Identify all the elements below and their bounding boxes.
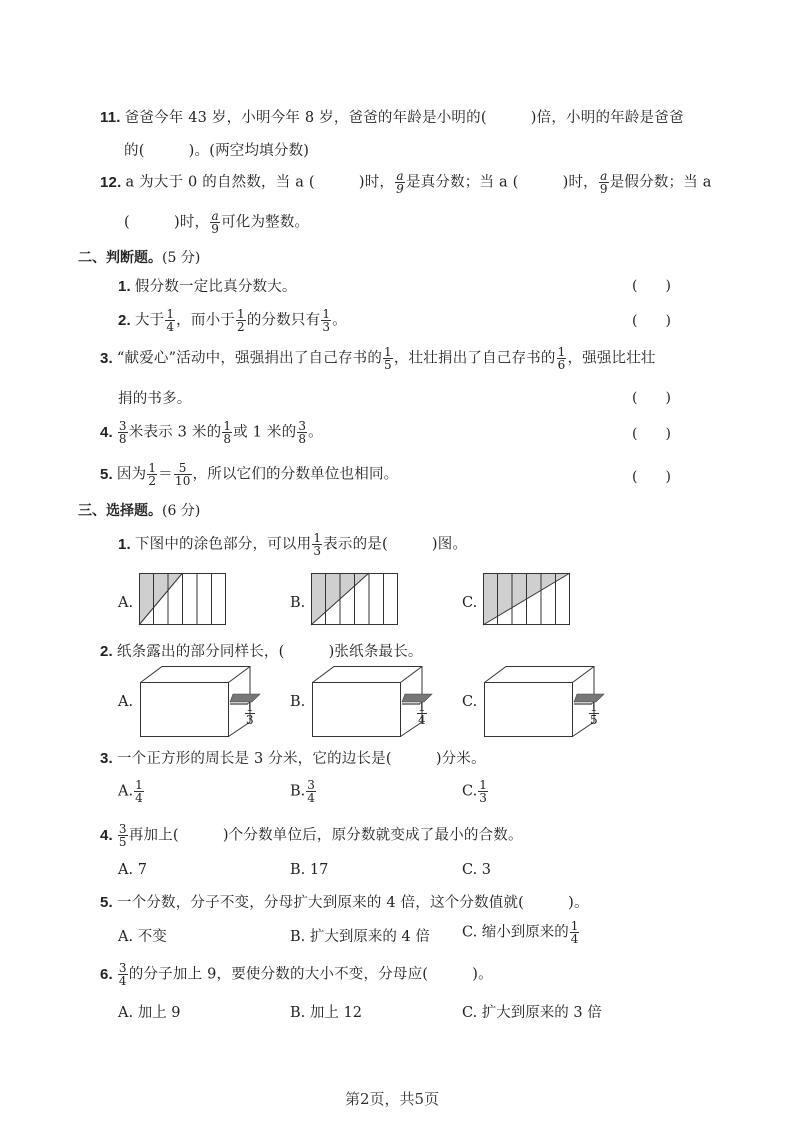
fraction: 13 <box>312 532 322 557</box>
fraction: a9 <box>395 170 405 195</box>
judgment-item-4: 4.38米表示 3 米的18或 1 米的38。 <box>100 420 323 445</box>
option-a[interactable]: A. 不变 <box>118 925 167 946</box>
option-b[interactable]: B.34 <box>290 779 317 804</box>
answer-bracket[interactable]: ( ) <box>632 387 671 407</box>
judgment-item-2: 2.大于14，而小于12的分数只有13。 <box>118 308 347 333</box>
fraction: 510 <box>174 462 192 487</box>
judgment-item-3: 3.“献爱心”活动中，强强捐出了自己存书的15，壮壮捐出了自己存书的16，强强比… <box>100 346 656 371</box>
shaded-rectangle-figure-b <box>311 573 399 625</box>
judgment-item-5: 5.因为12＝510，所以它们的分数单位也相同。 <box>100 462 398 487</box>
judgment-item-1: 1.假分数一定比真分数大。 <box>118 275 297 296</box>
option-c[interactable]: C. 扩大到原来的 3 倍 <box>462 1001 602 1022</box>
judgment-item-3-line2: 捐的书多。 <box>118 387 192 408</box>
choice-question-4: 4.35再加上( )个分数单位后，原分数就变成了最小的合数。 <box>100 823 523 848</box>
option-b[interactable]: B. 加上 12 <box>290 1001 362 1022</box>
choice-question-3: 3.一个正方形的周长是 3 分米，它的边长是( )分米。 <box>100 747 486 768</box>
answer-bracket[interactable]: ( ) <box>632 275 671 295</box>
question-11-line1: 11.爸爸今年 43 岁，小明今年 8 岁，爸爸的年龄是小明的( )倍，小明的年… <box>100 106 684 127</box>
answer-bracket[interactable]: ( ) <box>632 466 671 486</box>
option-label-c[interactable]: C. <box>462 595 477 611</box>
page-number: 第2页，共5页 <box>345 1088 439 1109</box>
option-label-b[interactable]: B. <box>290 694 305 710</box>
option-label-c[interactable]: C. <box>462 694 477 710</box>
question-number: 11. <box>100 109 121 126</box>
fraction: 16 <box>557 346 567 371</box>
question-12-line1: 12.a 为大于 0 的自然数，当 a ( )时，a9是真分数；当 a ( )时… <box>100 170 712 195</box>
answer-bracket[interactable]: ( ) <box>632 310 671 330</box>
fraction: 15 <box>383 346 393 371</box>
option-c[interactable]: C. 3 <box>462 862 491 878</box>
shaded-rectangle-figure-c <box>483 573 571 625</box>
fraction: 12 <box>147 462 157 487</box>
question-11-line2: 的( )。(两空均填分数) <box>124 139 309 160</box>
option-a[interactable]: A. 加上 9 <box>118 1001 181 1022</box>
option-b[interactable]: B. 17 <box>290 862 328 878</box>
fraction: 18 <box>222 420 232 445</box>
option-a[interactable]: A. 7 <box>118 862 147 878</box>
answer-bracket[interactable]: ( ) <box>632 423 671 443</box>
fraction: 12 <box>236 308 246 333</box>
option-a[interactable]: A.14 <box>118 779 145 804</box>
option-label-b[interactable]: B. <box>290 595 305 611</box>
shaded-rectangle-figure-a <box>139 573 227 625</box>
option-label-a[interactable]: A. <box>118 694 133 710</box>
box-with-strip-a <box>140 666 280 738</box>
option-c[interactable]: C.13 <box>462 779 489 804</box>
fraction: 38 <box>297 420 307 445</box>
fraction: 13 <box>321 308 331 333</box>
section-heading-choice: 三、选择题。(6 分) <box>78 500 200 520</box>
option-label-a[interactable]: A. <box>118 595 133 611</box>
box-with-strip-b <box>312 666 452 738</box>
strip-fraction-b: 14 <box>416 701 428 726</box>
fraction: 38 <box>118 420 128 445</box>
option-c[interactable]: C. 缩小到原来的14 <box>462 920 580 945</box>
choice-question-6: 6.34的分子加上 9，要使分数的大小不变，分母应( )。 <box>100 962 493 987</box>
question-12-line2: ( )时，a9可化为整数。 <box>124 210 309 235</box>
fraction: a9 <box>210 210 220 235</box>
strip-fraction-c: 15 <box>588 701 600 726</box>
section-heading-judgment: 二、判断题。(5 分) <box>78 247 200 267</box>
choice-question-5: 5.一个分数，分子不变，分母扩大到原来的 4 倍，这个分数值就( )。 <box>100 891 589 912</box>
choice-question-2: 2.纸条露出的部分同样长，( )张纸条最长。 <box>100 640 423 661</box>
option-b[interactable]: B. 扩大到原来的 4 倍 <box>290 925 430 946</box>
choice-question-1: 1.下图中的涂色部分，可以用13表示的是( )图。 <box>118 532 467 557</box>
question-number: 12. <box>100 174 121 191</box>
fraction: 14 <box>165 308 175 333</box>
box-with-strip-c <box>484 666 624 738</box>
fraction: a9 <box>599 170 609 195</box>
strip-fraction-a: 13 <box>244 701 256 726</box>
